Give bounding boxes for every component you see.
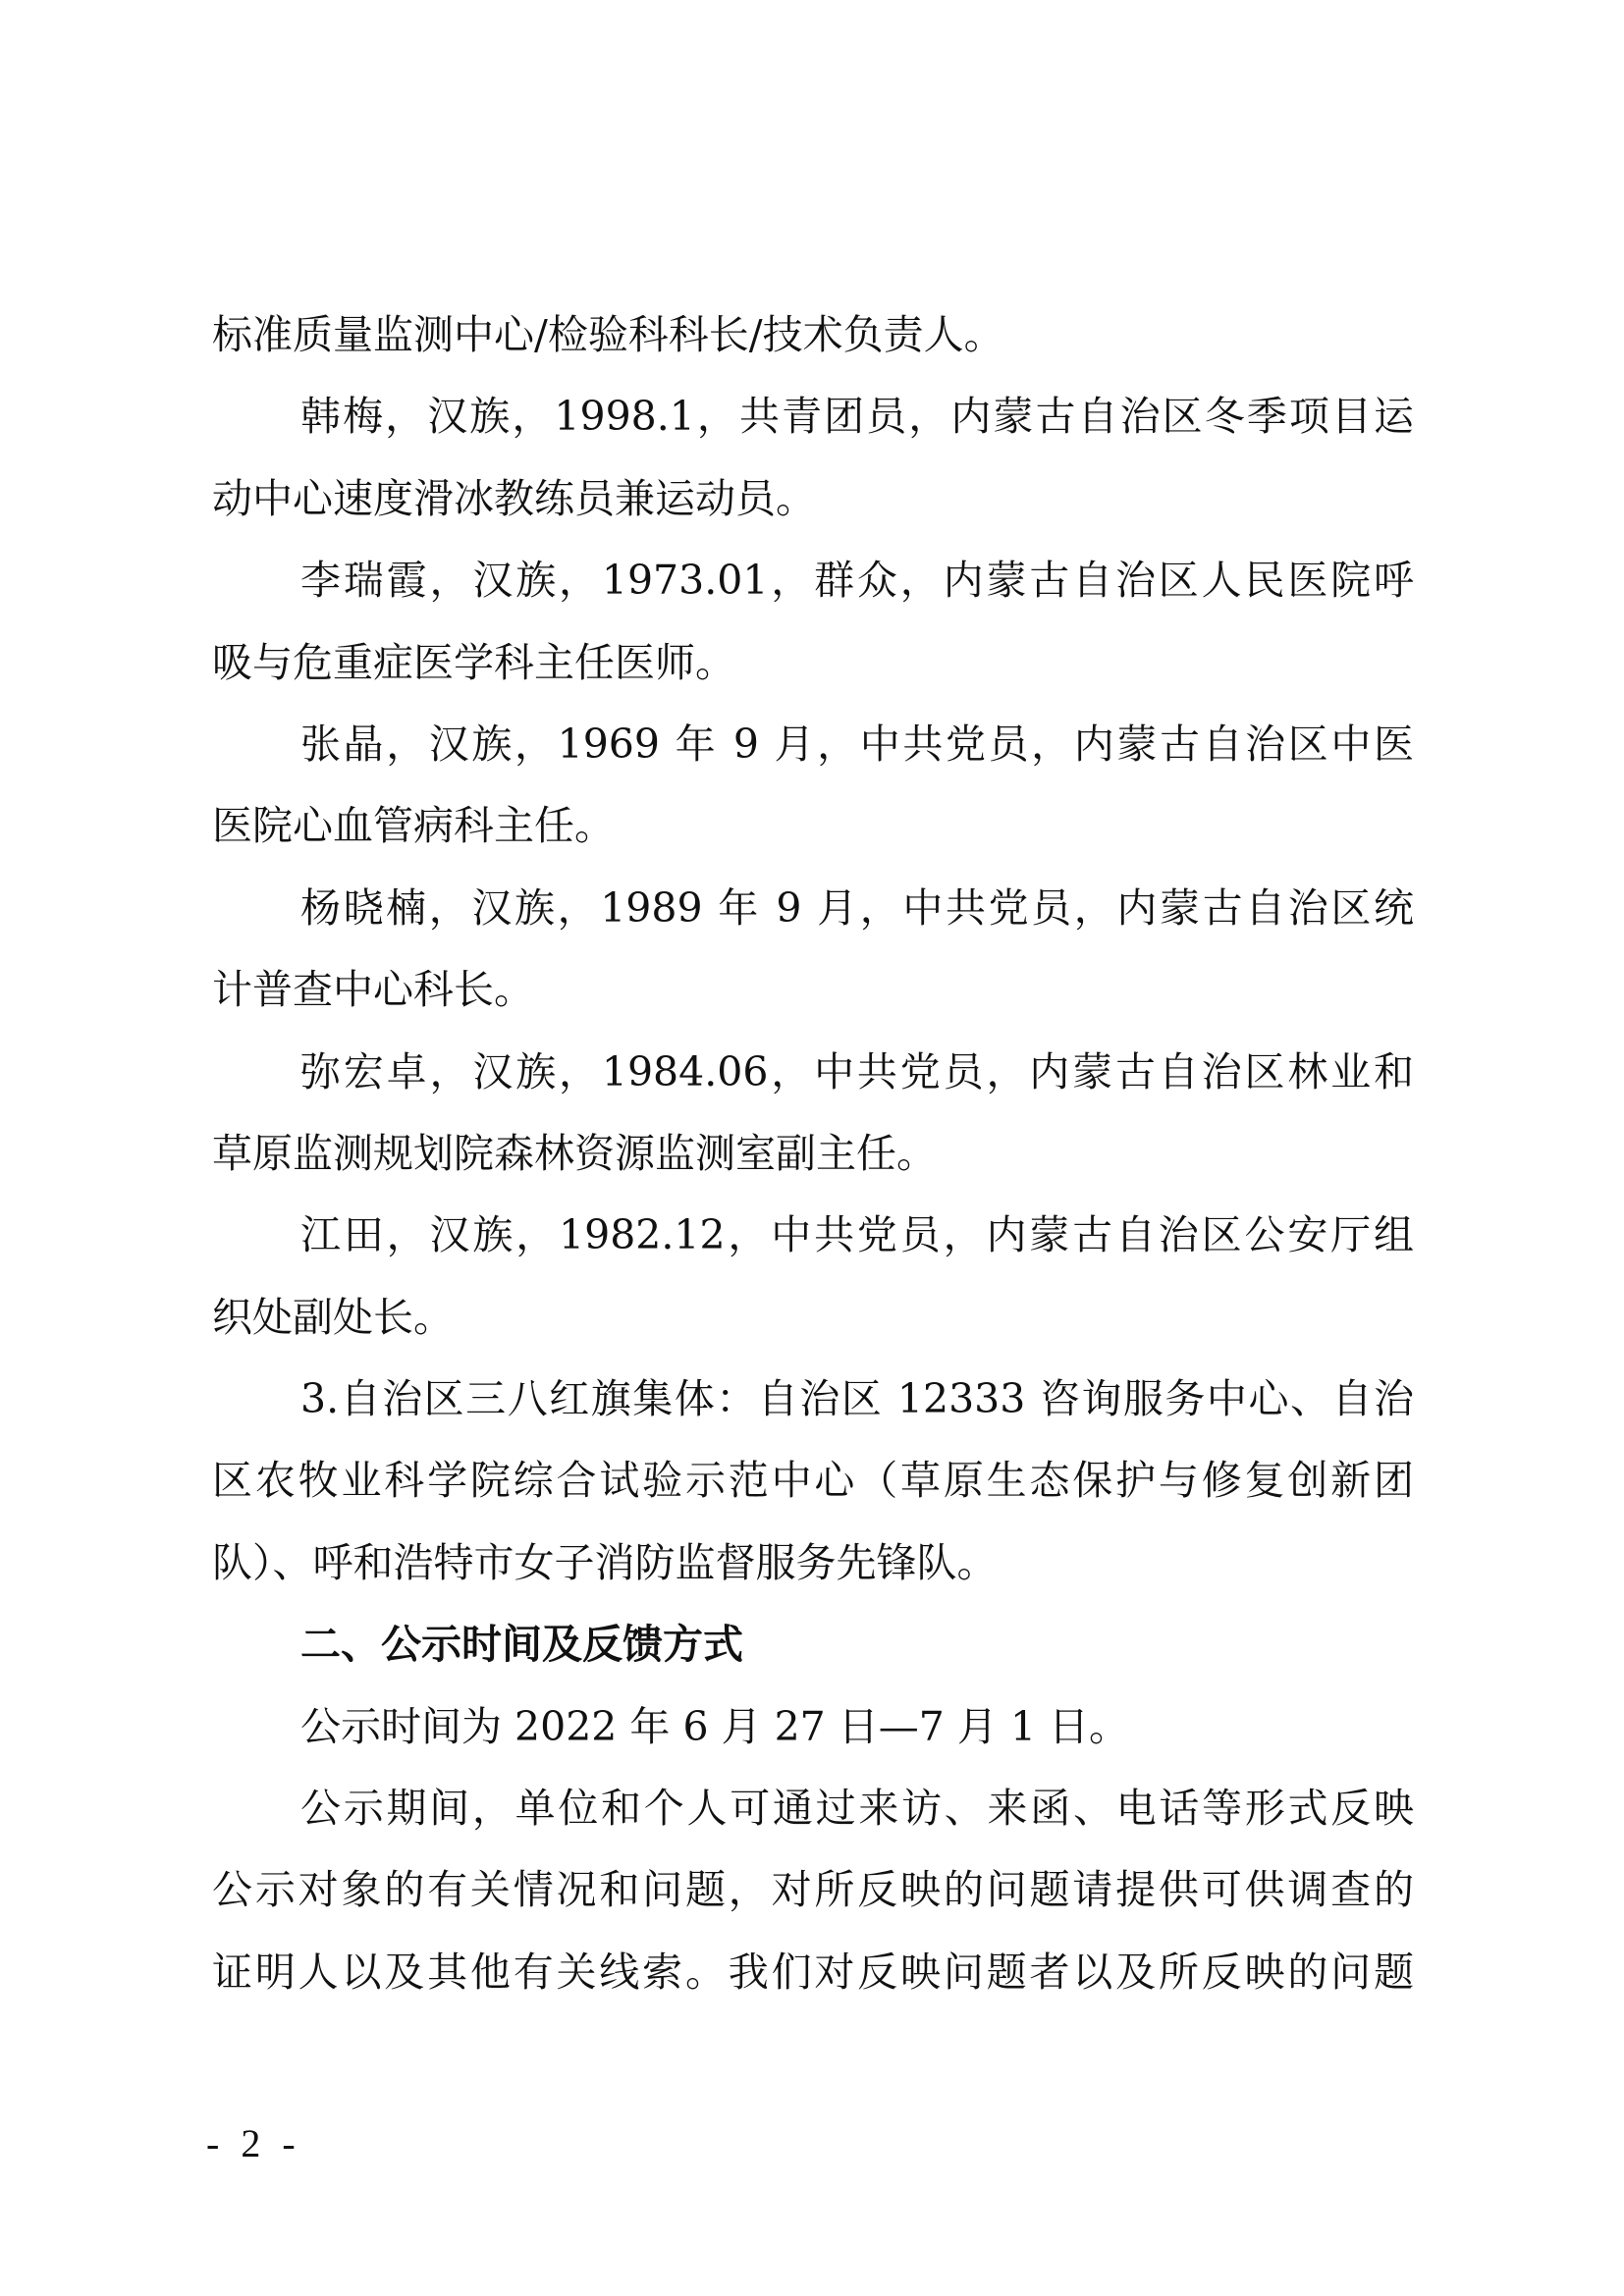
text-line: 队）、呼和浩特市女子消防监督服务先锋队。: [212, 1522, 1414, 1604]
section-heading: 二、公示时间及反馈方式: [212, 1604, 1414, 1685]
paragraph-publicity-period: 公示时间为 2022 年 6 月 27 日—7 月 1 日。: [212, 1686, 1414, 1768]
text-line: 草原监测规划院森林资源监测室副主任。: [212, 1113, 1414, 1195]
page-number: - 2 -: [206, 2120, 301, 2166]
paragraph-collective-awards: 3.自治区三八红旗集体：自治区 12333 咨询服务中心、自治: [212, 1359, 1414, 1440]
text-line: 区农牧业科学院综合试验示范中心（草原生态保护与修复创新团: [212, 1440, 1414, 1522]
text-line: 公示对象的有关情况和问题，对所反映的问题请提供可供调查的: [212, 1849, 1414, 1931]
text-line: 计普查中心科长。: [212, 949, 1414, 1031]
text-line: 证明人以及其他有关线索。我们对反映问题者以及所反映的问题: [212, 1932, 1414, 2013]
paragraph-li-ruixia: 李瑞霞，汉族，1973.01，群众，内蒙古自治区人民医院呼: [212, 540, 1414, 621]
paragraph-han-mei: 韩梅，汉族，1998.1，共青团员，内蒙古自治区冬季项目运: [212, 376, 1414, 457]
text-line: 标准质量监测中心/检验科科长/技术负责人。: [212, 294, 1414, 376]
paragraph-jiang-tian: 江田，汉族，1982.12，中共党员，内蒙古自治区公安厅组: [212, 1195, 1414, 1276]
text-line: 吸与危重症医学科主任医师。: [212, 622, 1414, 704]
text-line: 医院心血管病科主任。: [212, 785, 1414, 867]
text-line: 动中心速度滑冰教练员兼运动员。: [212, 458, 1414, 540]
paragraph-feedback: 公示期间，单位和个人可通过来访、来函、电话等形式反映: [212, 1768, 1414, 1849]
paragraph-yang-xiaonan: 杨晓楠，汉族，1989 年 9 月，中共党员，内蒙古自治区统: [212, 868, 1414, 949]
paragraph-mi-hongzhuo: 弥宏卓，汉族，1984.06，中共党员，内蒙古自治区林业和: [212, 1032, 1414, 1113]
paragraph-zhang-jing: 张晶，汉族，1969 年 9 月，中共党员，内蒙古自治区中医: [212, 704, 1414, 785]
document-body: 标准质量监测中心/检验科科长/技术负责人。 韩梅，汉族，1998.1，共青团员，…: [212, 294, 1414, 2013]
document-page: 标准质量监测中心/检验科科长/技术负责人。 韩梅，汉族，1998.1，共青团员，…: [0, 0, 1624, 2296]
text-line: 织处副处长。: [212, 1277, 1414, 1359]
